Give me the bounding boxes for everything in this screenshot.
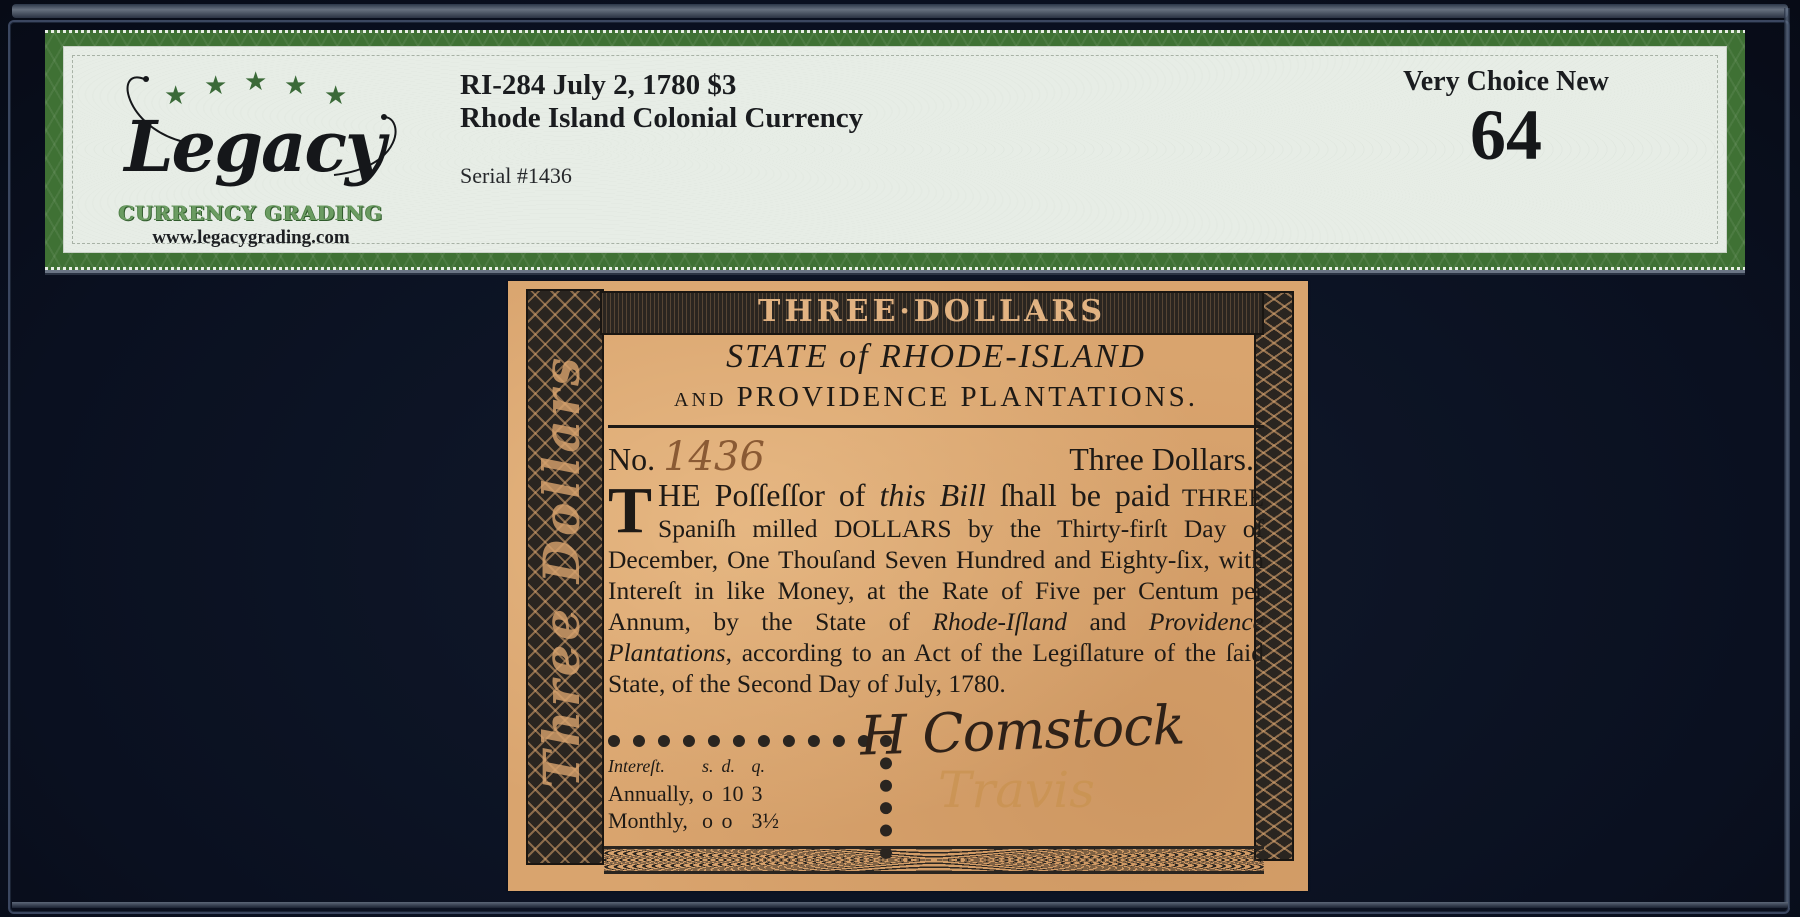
note-signature-comstock: H Comstock bbox=[859, 693, 1185, 767]
interest-cell: o bbox=[702, 780, 722, 807]
holder-bottom-edge bbox=[12, 902, 1788, 908]
interest-header-row: Intereſt. s. d. q. bbox=[608, 753, 787, 780]
note-lead-end: ſhall be paid bbox=[986, 477, 1170, 513]
note-interest-table-box: Intereſt. s. d. q. Annually, o 10 3 Mont… bbox=[608, 735, 870, 859]
note-info: RI-284 July 2, 1780 $3 Rhode Island Colo… bbox=[460, 69, 863, 189]
logo-stars: ★ ★ ★ ★ ★ bbox=[154, 69, 354, 109]
note-body-italic-1: Rhode-Iſland bbox=[932, 607, 1067, 636]
logo-url: www.legacygrading.com bbox=[90, 227, 412, 249]
note-handwritten-serial: 1436 bbox=[663, 434, 765, 480]
note-subtitle: Rhode Island Colonial Currency bbox=[460, 102, 863, 135]
interest-cell: 3½ bbox=[751, 807, 787, 834]
banknote: Three Dollars THREE·DOLLARS STATE of RHO… bbox=[508, 281, 1308, 891]
interest-cell: Annually, bbox=[608, 780, 702, 807]
legacy-logo: ★ ★ ★ ★ ★ Legacy CURRENCY GRADING www.le… bbox=[84, 57, 424, 247]
interest-cell: o bbox=[721, 807, 751, 834]
slab-holder: ★ ★ ★ ★ ★ Legacy CURRENCY GRADING www.le… bbox=[0, 0, 1800, 917]
logo-wordmark: Legacy bbox=[124, 107, 384, 187]
holder-right-rail bbox=[1784, 8, 1790, 908]
note-serial-label: Serial #1436 bbox=[460, 163, 863, 189]
note-plantations-line: and PROVIDENCE PLANTATIONS. bbox=[608, 377, 1264, 417]
interest-header-d: d. bbox=[721, 753, 751, 780]
star-icon: ★ bbox=[204, 73, 227, 99]
interest-row: Annually, o 10 3 bbox=[608, 780, 787, 807]
holder-top-edge bbox=[12, 4, 1788, 18]
note-left-border: Three Dollars bbox=[526, 289, 604, 865]
interest-cell: Monthly, bbox=[608, 807, 702, 834]
star-icon: ★ bbox=[244, 69, 267, 95]
note-dropcap: T bbox=[608, 484, 652, 538]
interest-header-s: s. bbox=[702, 753, 722, 780]
note-body-text: T HE Poſſeſſor of this Bill ſhall be pai… bbox=[608, 480, 1264, 699]
label-card: ★ ★ ★ ★ ★ Legacy CURRENCY GRADING www.le… bbox=[63, 46, 1727, 253]
note-state-line: STATE of RHODE-ISLAND bbox=[608, 337, 1264, 377]
interest-cell: 10 bbox=[721, 780, 751, 807]
interest-header-label: Intereſt. bbox=[608, 753, 702, 780]
grade-number: 64 bbox=[1346, 99, 1666, 171]
note-interest-table: Intereſt. s. d. q. Annually, o 10 3 Mont… bbox=[608, 753, 787, 834]
note-divider bbox=[608, 425, 1264, 428]
note-side-text: Three Dollars bbox=[532, 291, 591, 851]
interest-cell: o bbox=[702, 807, 722, 834]
note-lead: HE Poſſeſſor of bbox=[658, 477, 879, 513]
note-number-prefix: No. bbox=[608, 441, 655, 477]
grading-label: ★ ★ ★ ★ ★ Legacy CURRENCY GRADING www.le… bbox=[45, 30, 1745, 270]
note-number-row: No. 1436 Three Dollars. bbox=[608, 434, 1264, 480]
grade-block: Very Choice New 64 bbox=[1346, 65, 1666, 171]
note-body-part-2: and bbox=[1067, 607, 1149, 636]
note-top-banner-text: THREE·DOLLARS bbox=[602, 295, 1262, 329]
star-icon: ★ bbox=[284, 73, 307, 99]
note-lead-italic: this Bill bbox=[879, 477, 985, 513]
logo-subtitle: CURRENCY GRADING bbox=[90, 201, 412, 225]
note-bottom-border-ornament bbox=[604, 846, 1264, 874]
note-top-banner: THREE·DOLLARS bbox=[600, 291, 1264, 335]
interest-cell: 3 bbox=[751, 780, 787, 807]
interest-row: Monthly, o o 3½ bbox=[608, 807, 787, 834]
note-title: RI-284 July 2, 1780 $3 bbox=[460, 69, 863, 102]
interest-header-q: q. bbox=[751, 753, 787, 780]
note-denomination: Three Dollars. bbox=[1069, 441, 1254, 478]
grade-description: Very Choice New bbox=[1346, 65, 1666, 99]
note-content: STATE of RHODE-ISLAND and PROVIDENCE PLA… bbox=[608, 337, 1264, 699]
note-signature-faded: Travis bbox=[938, 761, 1095, 819]
